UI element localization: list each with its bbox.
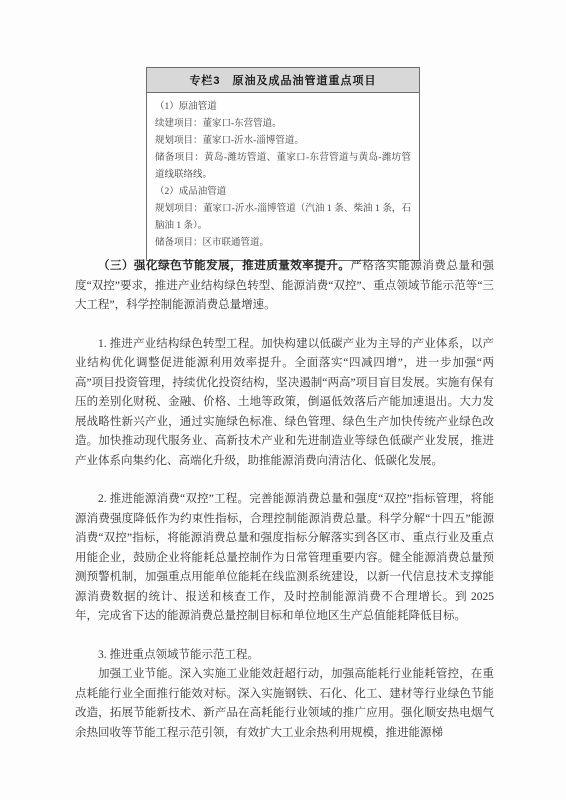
box-line: （2）成品油管道 bbox=[155, 184, 411, 201]
box-line: 储备项目：黄岛-潍坊管道、董家口-东营管道与黄岛-潍坊管道线联络线。 bbox=[155, 150, 411, 184]
box-line: 规划项目：董家口-沂水-淄博管道。 bbox=[155, 133, 411, 150]
project-box-body: （1）原油管道 续建项目：董家口-东营管道。 规划项目：董家口-沂水-淄博管道。… bbox=[147, 93, 419, 260]
box-line: （1）原油管道 bbox=[155, 99, 411, 116]
box-line: 规划项目：董家口-沂水-淄博管道（汽油 1 条、柴油 1 条，石脑油 1 条）。 bbox=[155, 201, 411, 235]
paragraph-4: 加强工业节能。深入实施工业能效赶超行动，加强高能耗行业能耗管控，在重点耗能行业全… bbox=[75, 665, 494, 743]
box-line: 储备项目：区市联通管道。 bbox=[155, 235, 411, 252]
paragraph-2: 2. 推进能源消费“双控”工程。完善能源消费总量和强度“双控”指标管理，将能源消… bbox=[75, 490, 494, 627]
project-box: 专栏3 原油及成品油管道重点项目 （1）原油管道 续建项目：董家口-东营管道。 … bbox=[146, 67, 420, 261]
paragraph-1: 1. 推进产业结构绿色转型工程。加快构建以低碳产业为主导的产业体系，以产业结构优… bbox=[75, 335, 494, 472]
section-heading-paragraph: （三）强化绿色节能发展，推进质量效率提升。严格落实能源消费总量和强度“双控”要求… bbox=[75, 257, 494, 316]
document-page: 专栏3 原油及成品油管道重点项目 （1）原油管道 续建项目：董家口-东营管道。 … bbox=[0, 0, 566, 800]
box-line: 续建项目：董家口-东营管道。 bbox=[155, 116, 411, 133]
paragraph-3: 3. 推进重点领域节能示范工程。 bbox=[75, 646, 494, 666]
section-heading: （三）强化绿色节能发展，推进质量效率提升。 bbox=[98, 260, 350, 272]
document-body: （三）强化绿色节能发展，推进质量效率提升。严格落实能源消费总量和强度“双控”要求… bbox=[75, 257, 494, 743]
project-box-title: 专栏3 原油及成品油管道重点项目 bbox=[147, 68, 419, 93]
